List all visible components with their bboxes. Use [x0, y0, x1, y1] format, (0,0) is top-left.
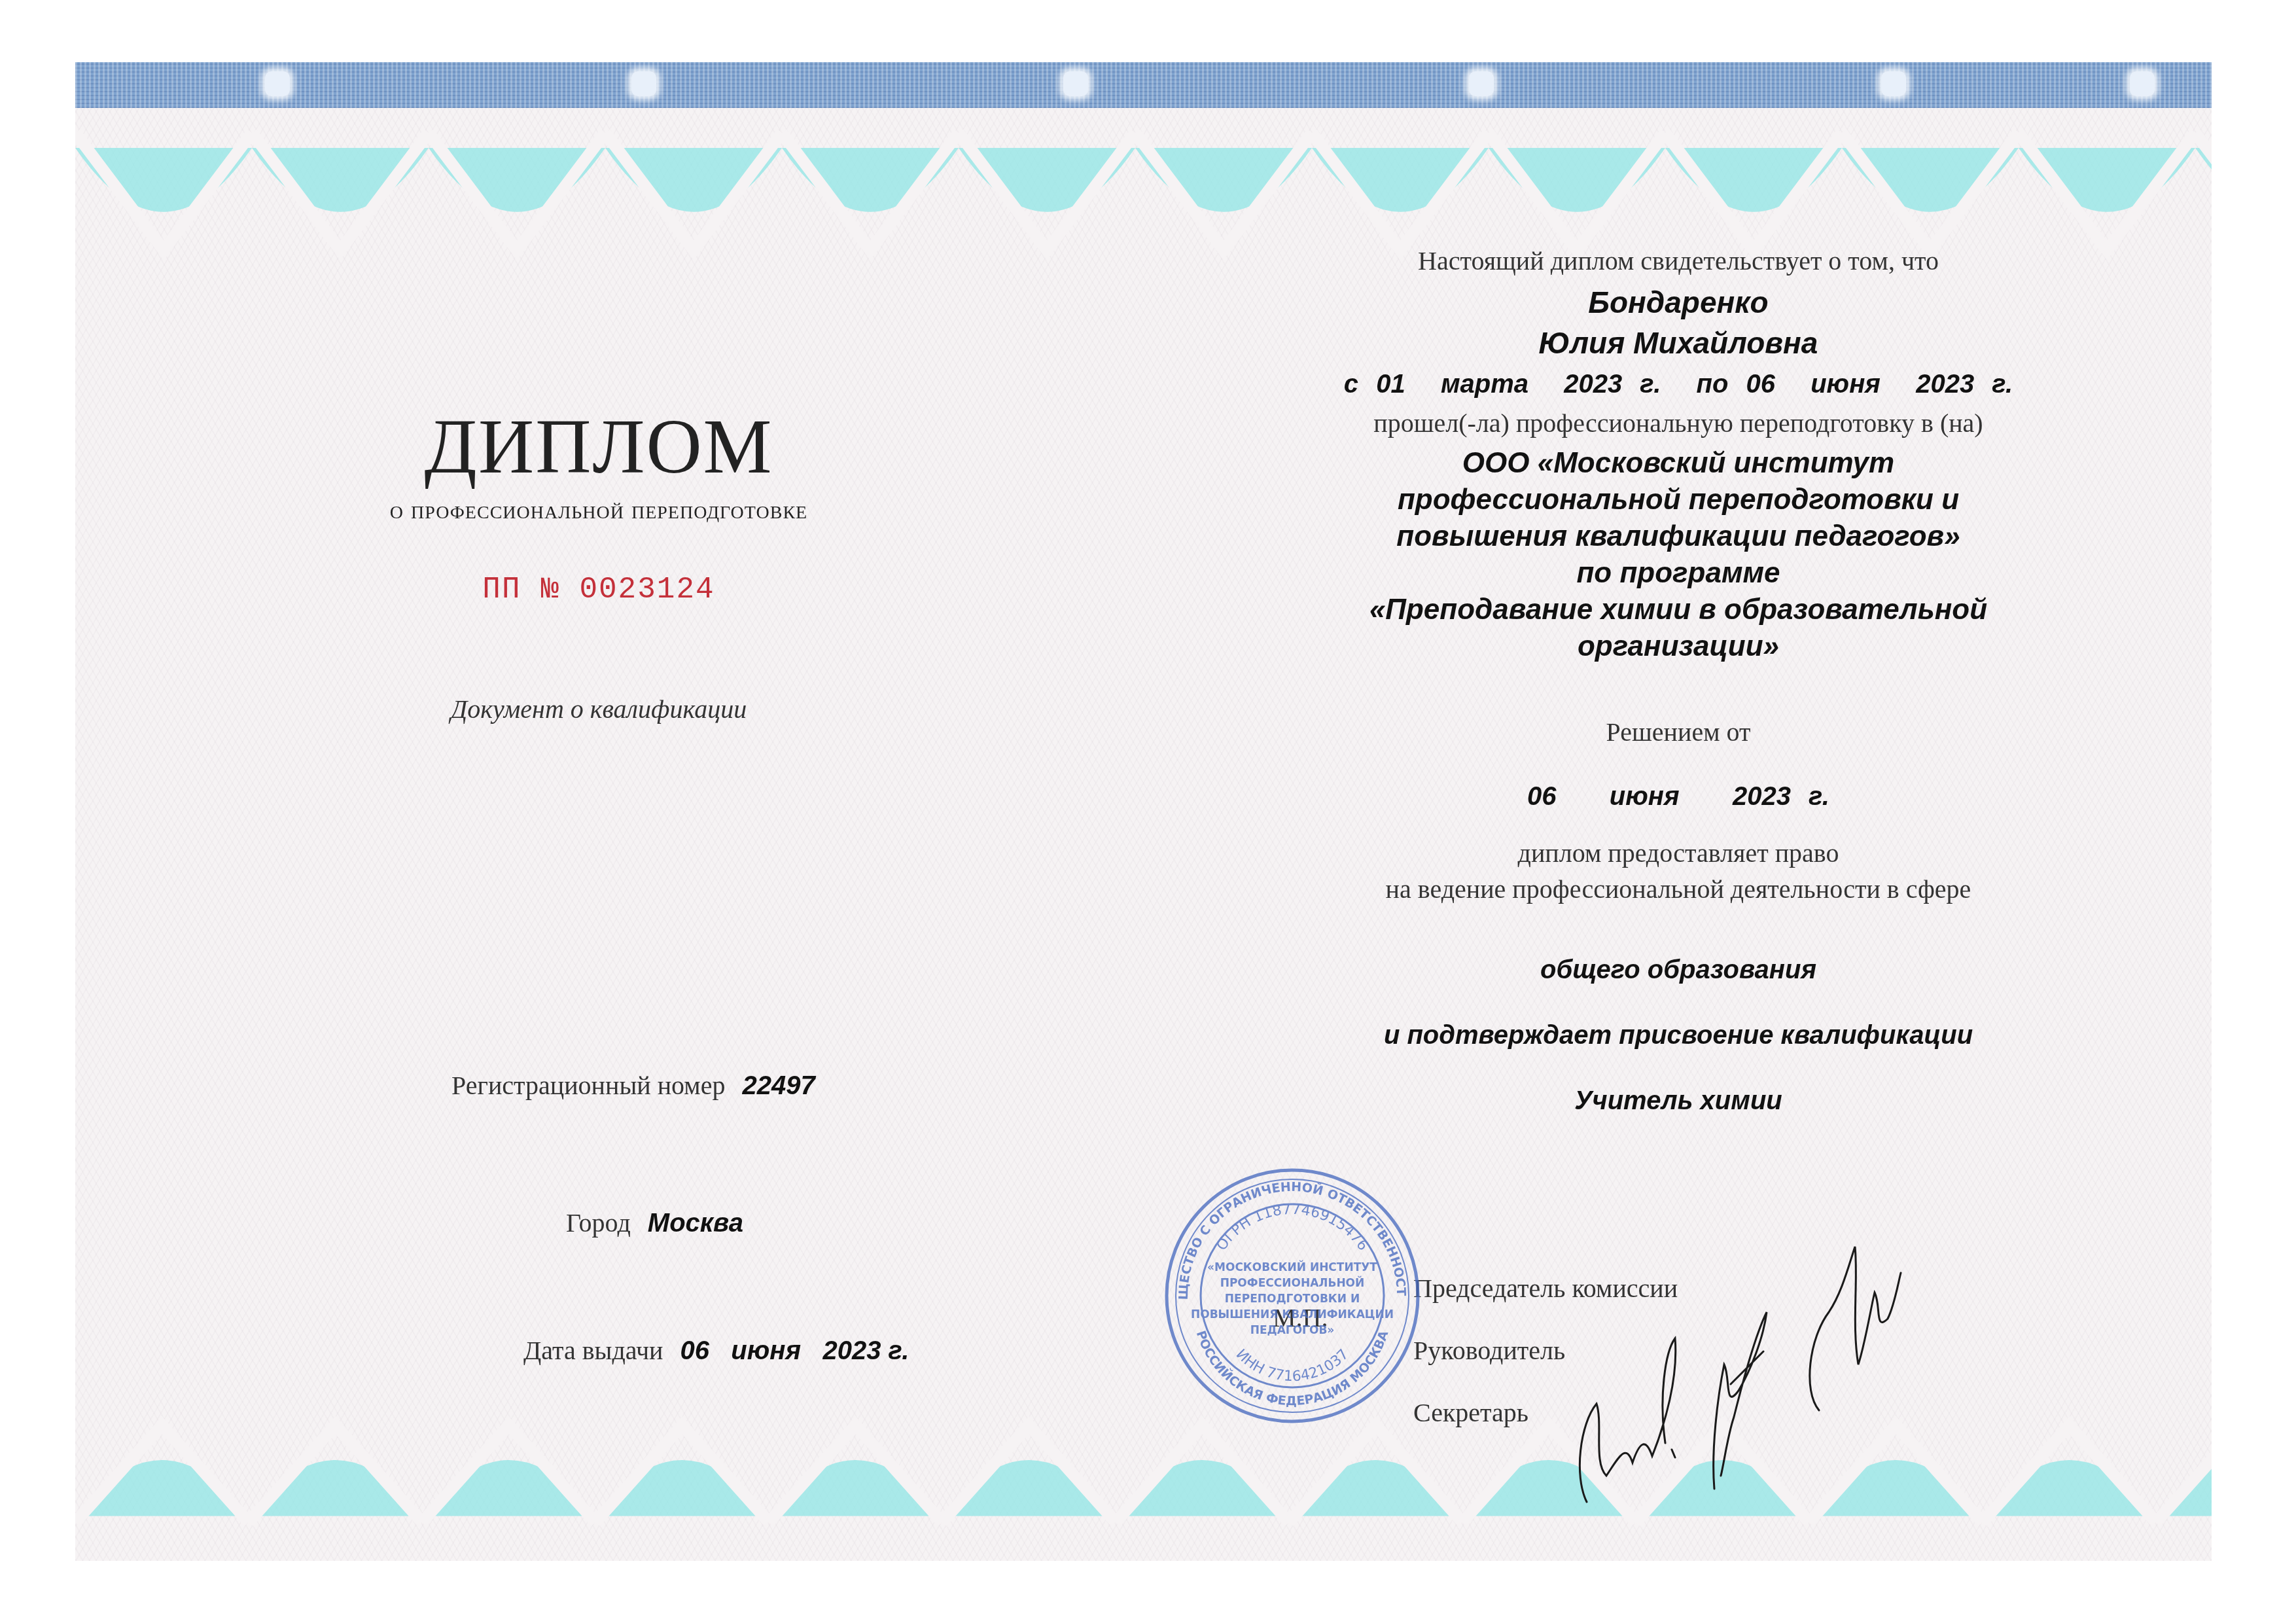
band-ornament	[2130, 71, 2155, 96]
completed-text: прошел(-ла) профессиональную переподгото…	[1253, 408, 2104, 438]
qualification: Учитель химии	[1253, 1086, 2104, 1116]
issue-date-label: Дата выдачи	[523, 1336, 663, 1365]
issue-date-row: Дата выдачи 06 июня 2023 г.	[523, 1335, 909, 1366]
secretary-label: Секретарь	[1413, 1397, 1528, 1428]
stamp-inn: ИНН 7716421037	[1233, 1346, 1352, 1385]
registration-number-label: Регистрационный номер	[451, 1071, 725, 1100]
organization-line: повышения квалификации педагогов»	[1253, 518, 2104, 555]
program-label: по программе	[1253, 555, 2104, 592]
signatures	[1567, 1227, 1934, 1515]
recipient-given-names: Юлия Михайловна	[1253, 325, 2104, 361]
confirms-text: и подтверждает присвоение квалификации	[1253, 1021, 2104, 1050]
city-value: Москва	[648, 1209, 743, 1238]
stamp-center-line: ПЕРЕПОДГОТОВКИ И	[1225, 1293, 1360, 1306]
document-kind: Документ о квалификации	[75, 694, 1122, 724]
stamp-center-line: ПРОФЕССИОНАЛЬНОЙ	[1220, 1275, 1365, 1290]
registration-number-value: 22497	[742, 1071, 815, 1100]
organization-line: профессиональной переподготовки и	[1253, 482, 2104, 518]
signature-head	[1714, 1312, 1767, 1489]
program-line: организации»	[1253, 628, 2104, 665]
svg-text:ИНН 7716421037: ИНН 7716421037	[1233, 1346, 1352, 1385]
training-period: с 01 марта 2023 г. по 06 июня 2023 г.	[1253, 370, 2104, 399]
program-line: «Преподавание химии в образовательной	[1253, 592, 2104, 628]
rights-line: на ведение профессиональной деятельности…	[1253, 874, 2104, 904]
recipient-surname: Бондаренко	[1253, 285, 2104, 320]
rights-line: диплом предоставляет право	[1253, 838, 2104, 868]
signature-chair	[1810, 1247, 1901, 1410]
serial-number: ПП № 0023124	[75, 573, 1122, 607]
stamp-center-line: «МОСКОВСКИЙ ИНСТИТУТ	[1207, 1260, 1377, 1274]
left-page: ДИПЛОМ о профессиональной переподготовке…	[75, 62, 1122, 1561]
decision-date: 06 июня 2023 г.	[1253, 782, 2104, 811]
organization-stamp: ОБЩЕСТВО С ОГРАНИЧЕННОЙ ОТВЕТСТВЕННОСТЬЮ…	[1161, 1165, 1423, 1427]
organization-line: ООО «Московский институт	[1253, 445, 2104, 482]
intro-text: Настоящий диплом свидетельствует о том, …	[1253, 245, 2104, 276]
stamp-center-line: ПОВЫШЕНИЯ КВАЛИФИКАЦИИ	[1191, 1308, 1394, 1321]
diploma-title: ДИПЛОМ	[75, 402, 1122, 491]
stamp-center-line: ПЕДАГОГОВ»	[1250, 1324, 1335, 1337]
sphere: общего образования	[1253, 955, 2104, 985]
registration-number-row: Регистрационный номер 22497	[451, 1070, 815, 1101]
issue-date-value: 06 июня 2023 г.	[680, 1336, 910, 1365]
city-label: Город	[566, 1208, 631, 1238]
diploma-subtitle: о профессиональной переподготовке	[75, 494, 1122, 525]
signature-secretary	[1580, 1338, 1675, 1502]
diploma-sheet: ДИПЛОМ о профессиональной переподготовке…	[75, 62, 2212, 1561]
decision-label: Решением от	[1253, 717, 2104, 747]
organization-name: ООО «Московский институт профессионально…	[1253, 445, 2104, 665]
head-label: Руководитель	[1413, 1335, 1565, 1366]
city-row: Город Москва	[566, 1207, 743, 1238]
